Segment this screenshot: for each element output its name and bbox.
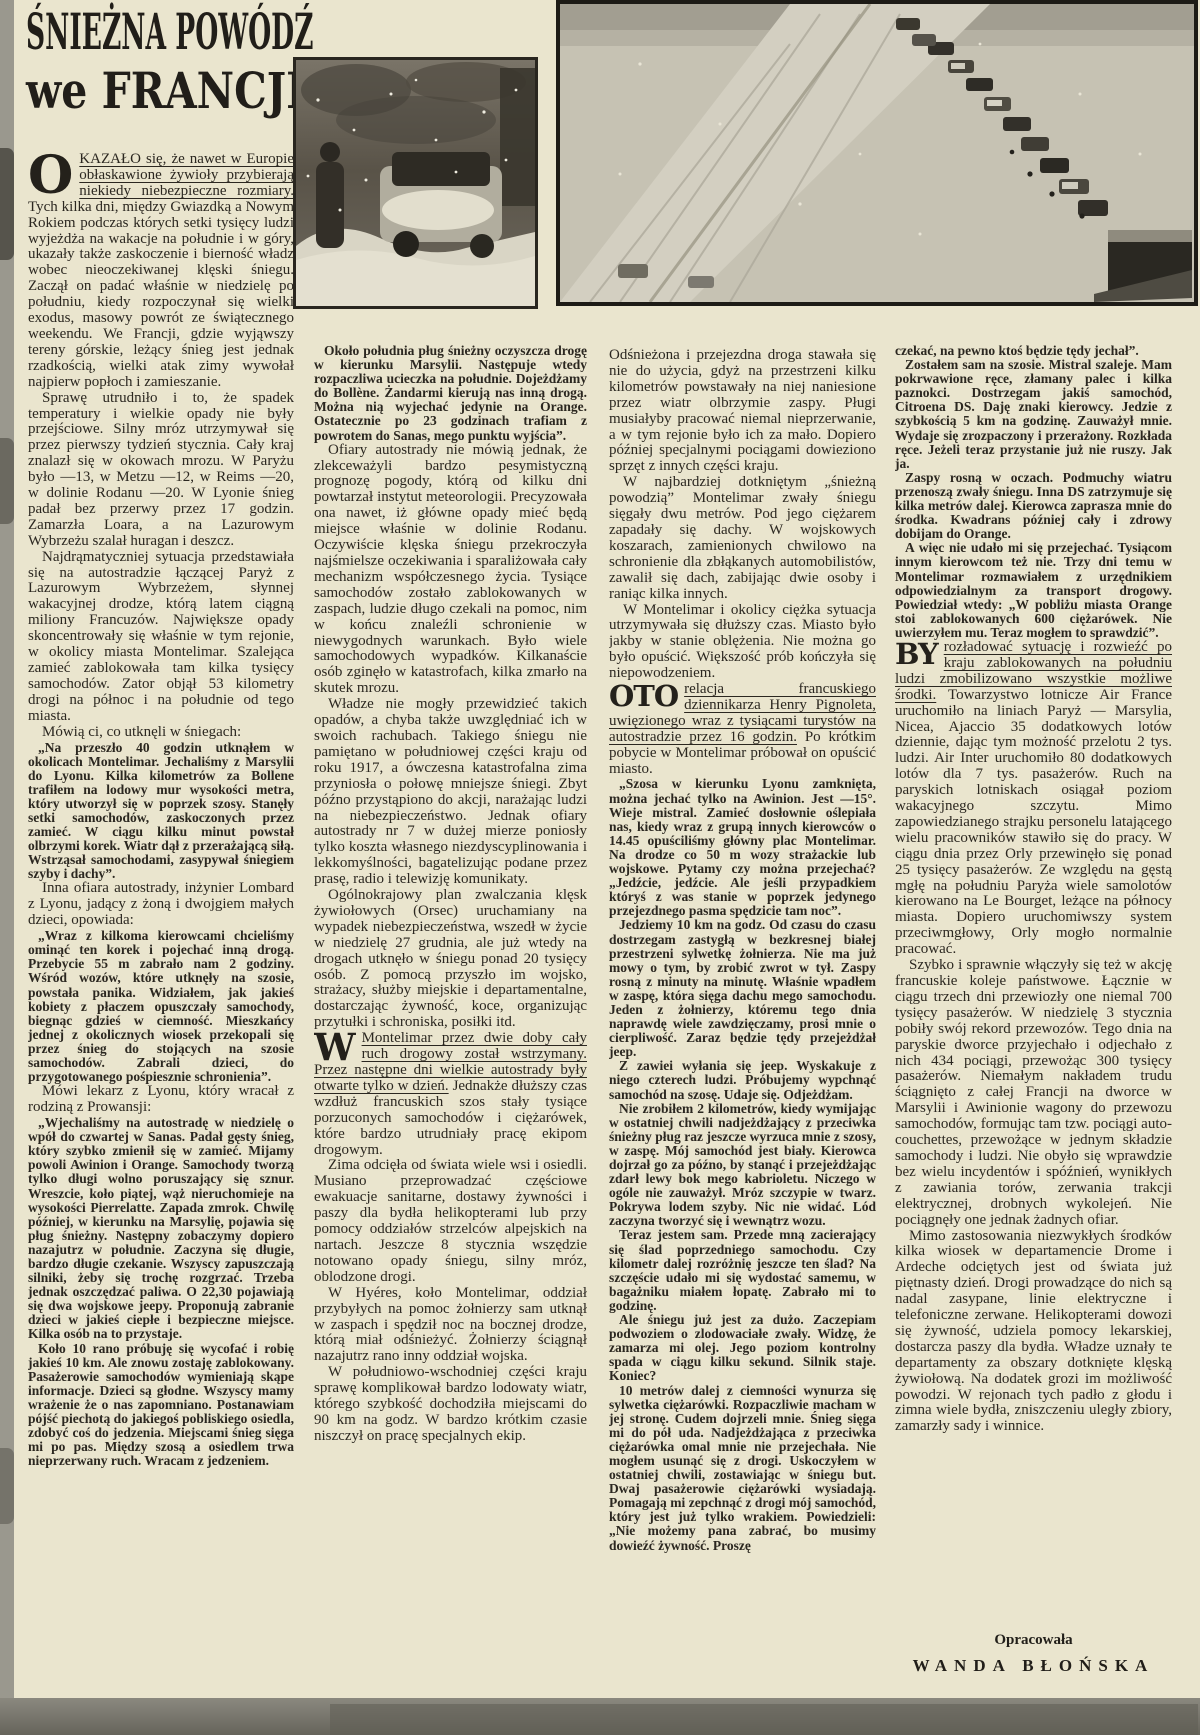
text-column-3: Odśnieżona i przejezdna droga stawała si… — [609, 348, 876, 1688]
paragraph: Najdrąmatyczniej sytuacja przedstawiała … — [28, 550, 294, 725]
quote-paragraph: Jedziemy 10 km na godz. Od czasu do czas… — [609, 918, 876, 1059]
scan-bottom-shadow — [330, 1704, 1198, 1735]
paragraph: Mówi lekarz z Lyonu, który wracał z rodz… — [28, 1084, 294, 1116]
quote-paragraph: Koło 10 rano próbuję się wycofać i robię… — [28, 1342, 294, 1469]
paragraph: Ogólnokrajowy plan zwalczania klęsk żywi… — [314, 888, 587, 1031]
paragraph-text: Tych kilka dni, między Gwiazdką a Nowym … — [28, 199, 294, 390]
byline-author-name: WANDA BŁOŃSKA — [895, 1656, 1172, 1676]
quote-paragraph: Ale śniegu już jest za dużo. Zaczepiam p… — [609, 1313, 876, 1383]
quote-paragraph: A więc nie udało mi się przejechać. Tysi… — [895, 541, 1172, 640]
paragraph: Mimo zastosowania niezwykłych środków ki… — [895, 1229, 1172, 1436]
quote-paragraph: Zaspy rosną w oczach. Podmuchy wiatru pr… — [895, 471, 1172, 541]
snowy-highway-illustration — [560, 4, 1194, 302]
paragraph: WMontelimar przez dwie doby cały ruch dr… — [314, 1031, 587, 1158]
drop-cap-oto: OTO — [609, 684, 678, 709]
paragraph: Szybko i sprawnie włączyły się też w akc… — [895, 958, 1172, 1228]
paragraph: W Montelimar i okolicy ciężka sytuacja u… — [609, 603, 876, 683]
text-column-4: czekać, na pewno ktoś będzie tędy jechał… — [895, 344, 1172, 1628]
quote-paragraph: Teraz jestem sam. Przede mną zacierający… — [609, 1228, 876, 1313]
paragraph: W Hyéres, koło Montelimar, oddział przyb… — [314, 1286, 587, 1366]
paragraph: Sprawę utrudniło i to, że spadek tempera… — [28, 391, 294, 550]
headline-line1: ŚNIEŻNA POWÓDŹ — [26, 2, 313, 61]
quote-paragraph: „Szosa w kierunku Lyonu zamknięta, można… — [609, 777, 876, 918]
paragraph: BYrozładować sytuację i rozwieźć po kraj… — [895, 640, 1172, 958]
paragraph: OTOrelacja francuskiego dziennikarza Hen… — [609, 682, 876, 777]
byline-label: Opracowała — [895, 1632, 1172, 1649]
scan-edge-shadow — [0, 438, 14, 524]
crashed-car-illustration — [296, 60, 535, 306]
quote-paragraph: „Wraz z kilkoma kierowcami chcieliśmy om… — [28, 929, 294, 1084]
paragraph: OKAZAŁO się, że nawet w Europie obłaskaw… — [28, 152, 294, 391]
quote-paragraph: 10 metrów dalej z ciemności wynurza się … — [609, 1384, 876, 1553]
paragraph-text: Towarzystwo lotnicze Air France uruchomi… — [895, 687, 1172, 958]
text-column-1: OKAZAŁO się, że nawet w Europie obłaskaw… — [28, 152, 294, 1694]
quote-paragraph: „Na przeszło 40 godzin utknąłem w okolic… — [28, 741, 294, 882]
paragraph: Inna ofiara autostrady, inżynier Lombard… — [28, 881, 294, 929]
paragraph: Władze nie mogły przewidzieć takich opad… — [314, 697, 587, 888]
paragraph: Mówią ci, co utknęli w śniegach: — [28, 725, 294, 741]
drop-cap-w: W — [314, 1033, 356, 1061]
drop-cap-o: O — [28, 155, 73, 196]
quote-paragraph: Zostałem sam na szosie. Mistral szaleje.… — [895, 358, 1172, 471]
paragraph: W południowo-wschodniej części kraju spr… — [314, 1365, 587, 1445]
byline: Opracowała WANDA BŁOŃSKA — [895, 1632, 1172, 1676]
paragraph: Zima odcięła od świata wiele wsi i osied… — [314, 1158, 587, 1285]
magazine-spread: { "headline": { "line1": "ŚNIEŻNA POWÓDŹ… — [0, 0, 1200, 1735]
quote-paragraph: Nie zrobiłem 2 kilometrów, kiedy wymijaj… — [609, 1102, 876, 1229]
scan-edge-shadow — [0, 1448, 14, 1524]
quote-paragraph: czekać, na pewno ktoś będzie tędy jechał… — [895, 344, 1172, 358]
quote-paragraph: Około południa pług śnieżny oczyszcza dr… — [314, 344, 587, 443]
text-column-2: Około południa pług śnieżny oczyszcza dr… — [314, 344, 587, 1694]
quote-paragraph: „Wjechaliśmy na autostradę w niedzielę o… — [28, 1116, 294, 1342]
paragraph: Ofiary autostrady nie mówią jednak, że z… — [314, 443, 587, 698]
scan-edge-shadow — [0, 148, 14, 260]
paragraph: W najbardziej dotkniętym „śnieżną powodz… — [609, 475, 876, 602]
quote-paragraph: Z zawiei wyłania się jeep. Wyskakuje z n… — [609, 1059, 876, 1101]
underlined-lead: KAZAŁO się, że nawet w Europie obłaskawi… — [79, 152, 294, 199]
photo-snowy-highway — [556, 0, 1198, 306]
paragraph: Odśnieżona i przejezdna droga stawała si… — [609, 348, 876, 475]
photo-crashed-car — [293, 57, 538, 309]
drop-cap-by: BY — [895, 642, 938, 667]
